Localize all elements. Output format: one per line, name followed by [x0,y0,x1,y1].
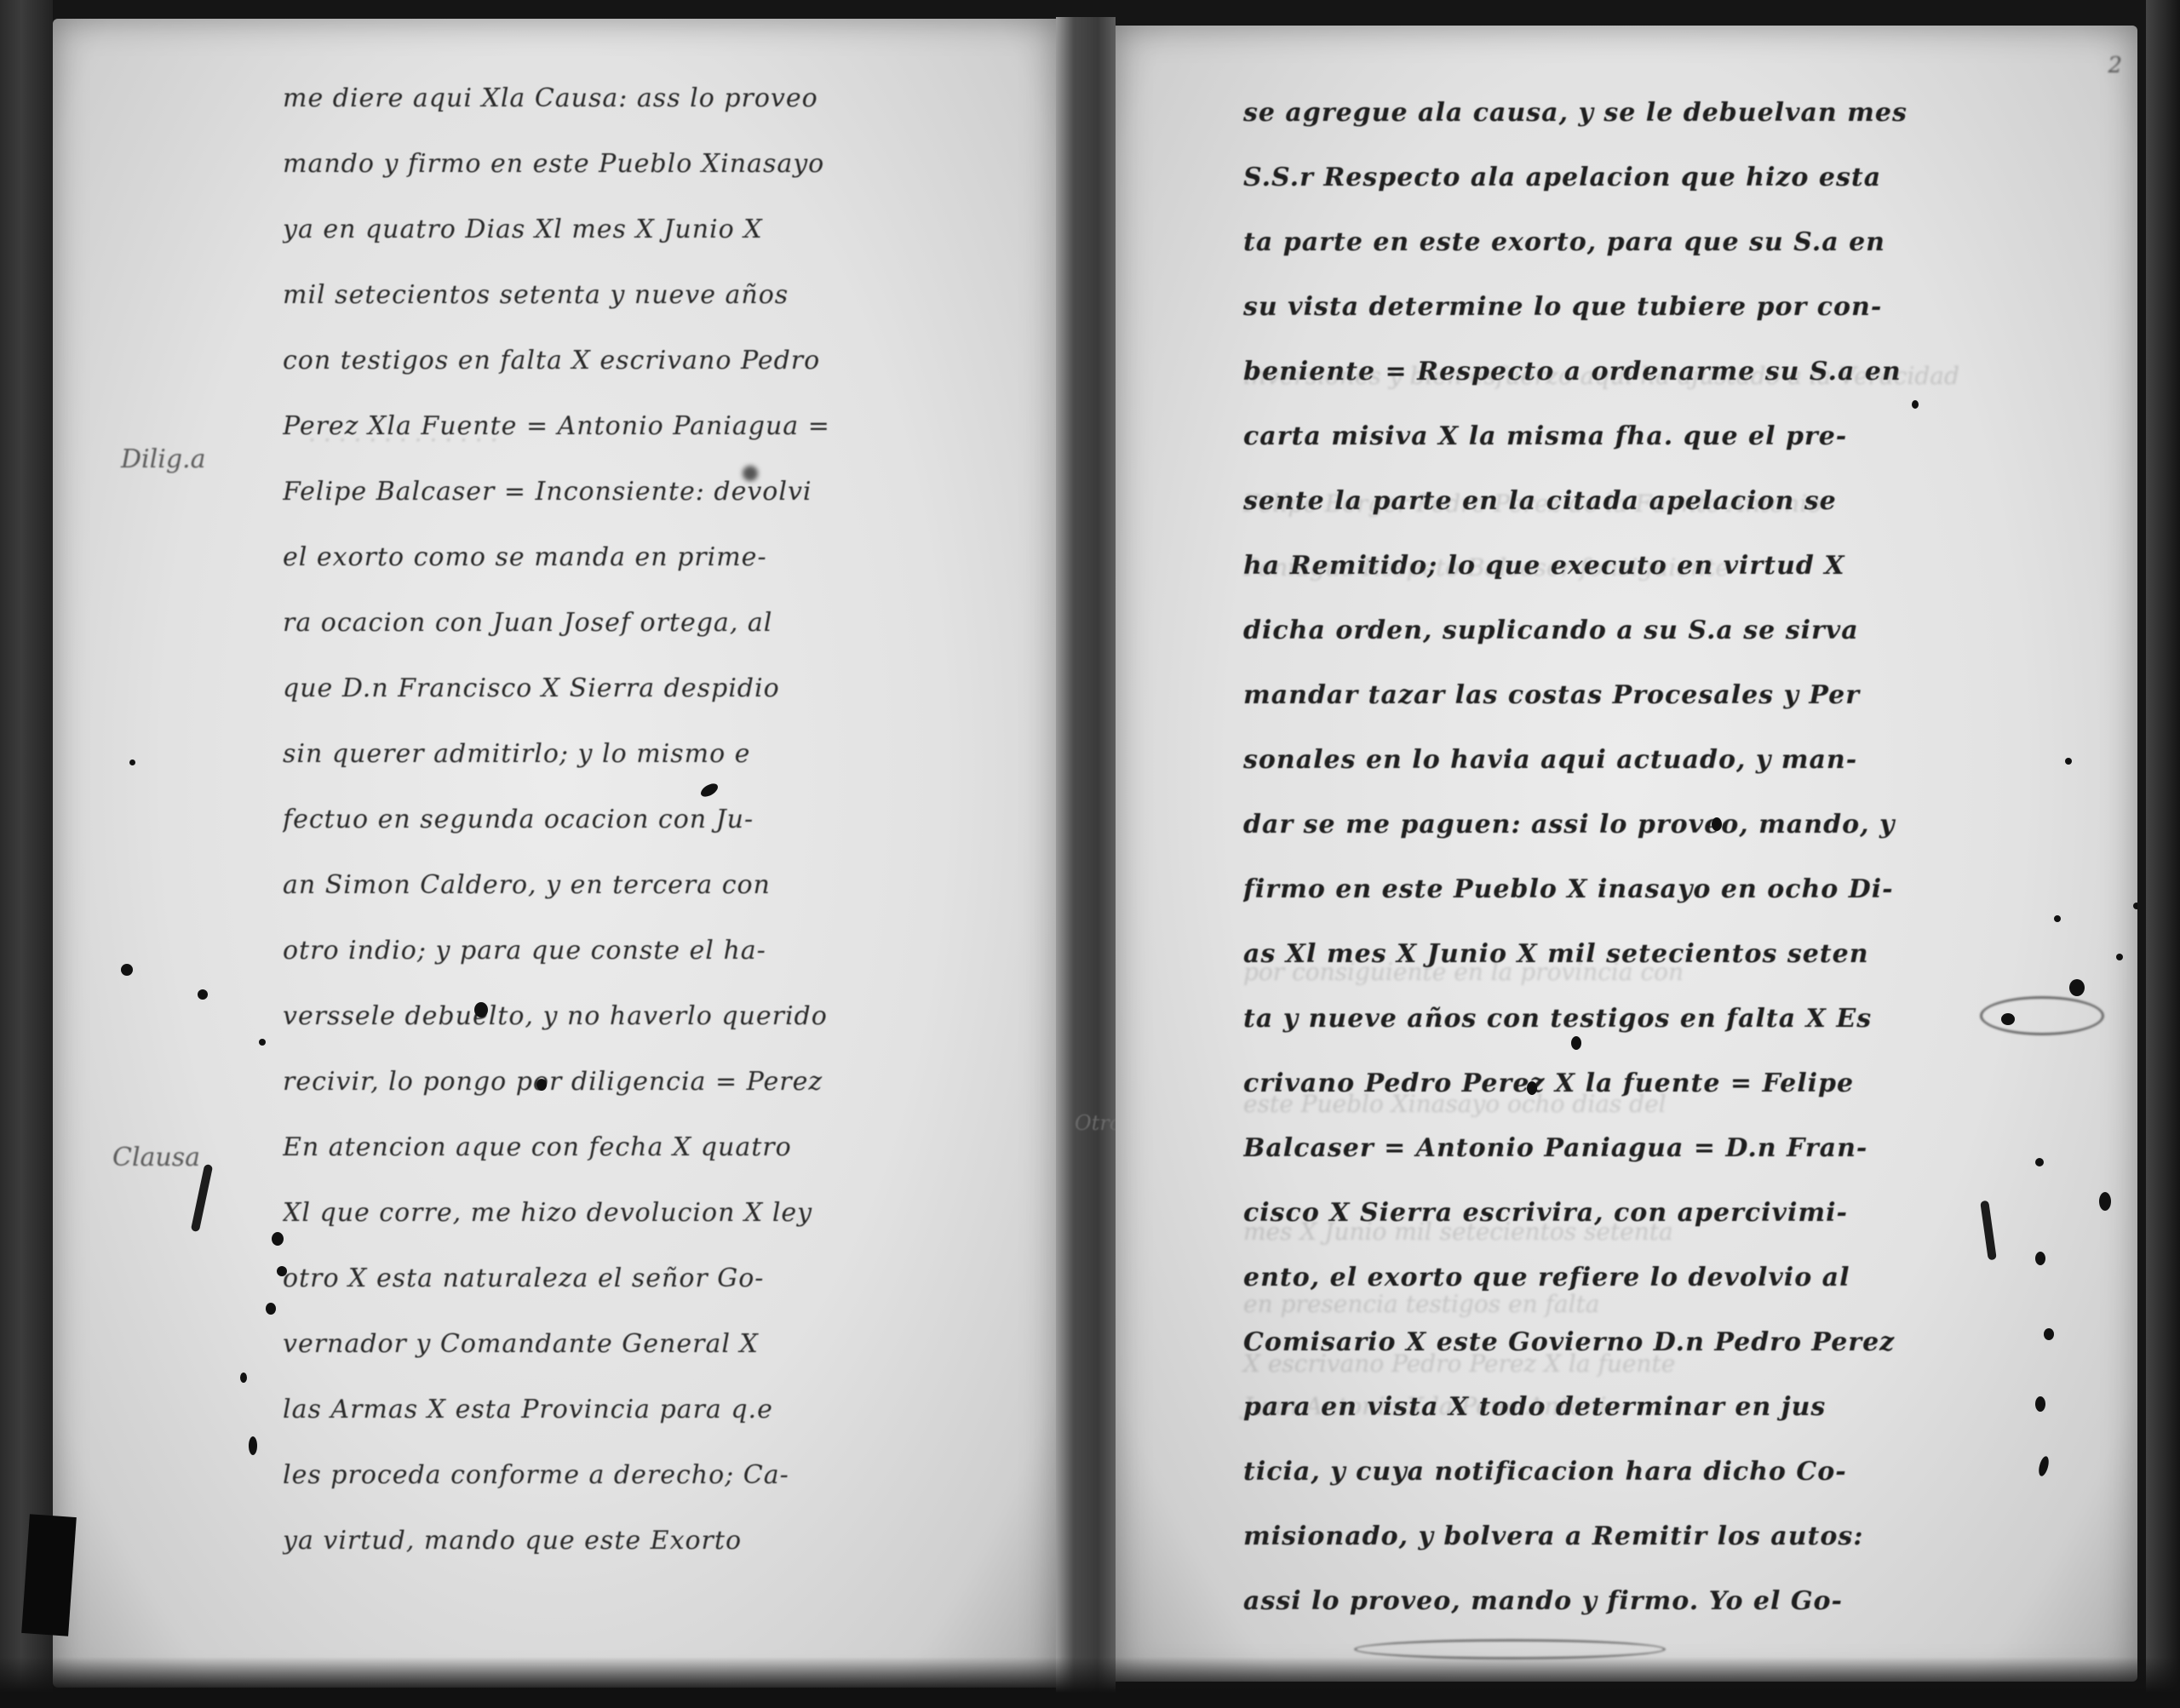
text-line: sin querer admitirlo; y lo mismo e [283,721,1015,787]
page-number: 2 [2108,53,2122,78]
text-line: ha Remitido; lo que executo en virtud X [1243,534,2010,599]
text-line: ento, el exorto que refiere lo devolvio … [1243,1246,2010,1310]
book-gutter [1056,17,1116,1694]
right-page-text: se agregue ala causa, y se le debuelvan … [1243,81,2010,1634]
margin-note-diligencia: Dilig.a [121,444,205,474]
text-line: Balcaser = Antonio Paniagua = D.n Fran- [1243,1116,2010,1181]
ink-spot [1571,1036,1581,1050]
rubric-flourish [1980,996,2104,1035]
text-line: cisco X Sierra escrivira, con apercivimi… [1243,1181,2010,1246]
text-line: sonales en lo havia aqui actuado, y man- [1243,728,2010,793]
ink-spot [277,1266,287,1276]
film-marker-tab [21,1514,77,1636]
ink-spot [266,1303,276,1315]
text-line: Xl que corre, me hizo devolucion X ley [283,1180,1015,1246]
text-line: ya virtud, mando que este Exorto [283,1508,1015,1573]
text-line: ta parte en este exorto, para que su S.a… [1243,210,2010,275]
text-line: Perez Xla Fuente = Antonio Paniagua = [283,393,1015,459]
ink-spot [2069,979,2085,996]
text-line: En atencion aque con fecha X quatro [283,1115,1015,1180]
text-line: se agregue ala causa, y se le debuelvan … [1243,81,2010,146]
ink-spot [2065,758,2072,765]
ink-spot [272,1232,284,1246]
left-binding-edge [0,0,53,1708]
ink-spot [2035,1158,2044,1166]
text-line: Comisario X este Govierno D.n Pedro Pere… [1243,1310,2010,1375]
text-line: otro X esta naturaleza el señor Go- [283,1246,1015,1311]
text-line: que D.n Francisco X Sierra despidio [283,656,1015,721]
text-line: les proceda conforme a derecho; Ca- [283,1442,1015,1508]
left-page: . . . . . . . . . . . . . Dilig.a Clausa… [53,19,1056,1688]
ink-spot [2116,954,2123,960]
ink-spot [2044,1328,2054,1340]
ink-spot [2054,915,2061,922]
ink-spot [1912,400,1919,409]
text-line: misionado, y bolvera a Remitir los autos… [1243,1505,2010,1569]
bottom-shadow [0,1657,2180,1708]
text-line: el exorto como se manda en prime- [283,524,1015,590]
text-line: ticia, y cuya notificacion hara dicho Co… [1243,1440,2010,1505]
text-line: crivano Pedro Perez X la fuente = Felipe [1243,1052,2010,1116]
ink-spot [198,989,208,1000]
text-line: Felipe Balcaser = Inconsiente: devolvi [283,459,1015,524]
text-line: fectuo en segunda ocacion con Ju- [283,787,1015,852]
text-line: dicha orden, suplicando a su S.a se sirv… [1243,599,2010,663]
ink-spot [1527,1081,1537,1095]
ink-spot [2035,1396,2045,1412]
ink-smudge [743,466,758,481]
ink-spot [2037,1455,2051,1477]
left-page-text: me diere aqui Xla Causa: ass lo proveo m… [283,66,1015,1573]
right-page: 2 inversiones y bien esfuerzo aqui ha aj… [1116,26,2137,1682]
ink-spot [129,759,135,765]
gutter-margin-note: Otro [1075,1111,1122,1135]
ink-spot [240,1373,247,1383]
ink-spot [474,1002,488,1017]
text-line: para en vista X todo determinar en jus [1243,1375,2010,1440]
text-line: mil setecientos setenta y nueve años [283,262,1015,328]
microfilm-frame: . . . . . . . . . . . . . Dilig.a Clausa… [0,0,2180,1708]
margin-note-clausa: Clausa [112,1143,200,1172]
ink-spot [2001,1013,2015,1025]
text-line: mandar tazar las costas Procesales y Per [1243,663,2010,728]
margin-bracket [191,1164,213,1232]
text-line: recivir, lo pongo por diligencia = Perez [283,1049,1015,1115]
text-line: ya en quatro Dias Xl mes X Junio X [283,197,1015,262]
text-line: verssele debuelto, y no haverlo querido [283,983,1015,1049]
ink-spot [536,1079,547,1091]
text-line: su vista determine lo que tubiere por co… [1243,275,2010,340]
right-binding-edge [2146,0,2180,1708]
ink-spot [259,1039,266,1046]
ink-spot [121,964,133,976]
text-line: sente la parte en la citada apelacion se [1243,469,2010,534]
ink-spot [2099,1192,2111,1211]
text-line: assi lo proveo, mando y firmo. Yo el Go- [1243,1569,2010,1634]
text-line: ta y nueve años con testigos en falta X … [1243,987,2010,1052]
text-line: las Armas X esta Provincia para q.e [283,1377,1015,1442]
text-line: ra ocacion con Juan Josef ortega, al [283,590,1015,656]
text-line: mando y firmo en este Pueblo Xinasayo [283,131,1015,197]
text-line: firmo en este Pueblo X inasayo en ocho D… [1243,857,2010,922]
ink-spot [1712,817,1722,831]
text-line: otro indio; y para que conste el ha- [283,918,1015,983]
text-line: me diere aqui Xla Causa: ass lo proveo [283,66,1015,131]
text-line: con testigos en falta X escrivano Pedro [283,328,1015,393]
ink-spot [249,1436,257,1455]
text-line: vernador y Comandante General X [283,1311,1015,1377]
text-line: as Xl mes X Junio X mil setecientos sete… [1243,922,2010,987]
ink-spot [2133,903,2137,909]
text-line: carta misiva X la misma fha. que el pre- [1243,404,2010,469]
text-line: S.S.r Respecto ala apelacion que hizo es… [1243,146,2010,210]
ink-spot [2035,1252,2045,1265]
text-line: an Simon Caldero, y en tercera con [283,852,1015,918]
text-line: dar se me paguen: assi lo proveo, mando,… [1243,793,2010,857]
text-line: beniente = Respecto a ordenarme su S.a e… [1243,340,2010,404]
